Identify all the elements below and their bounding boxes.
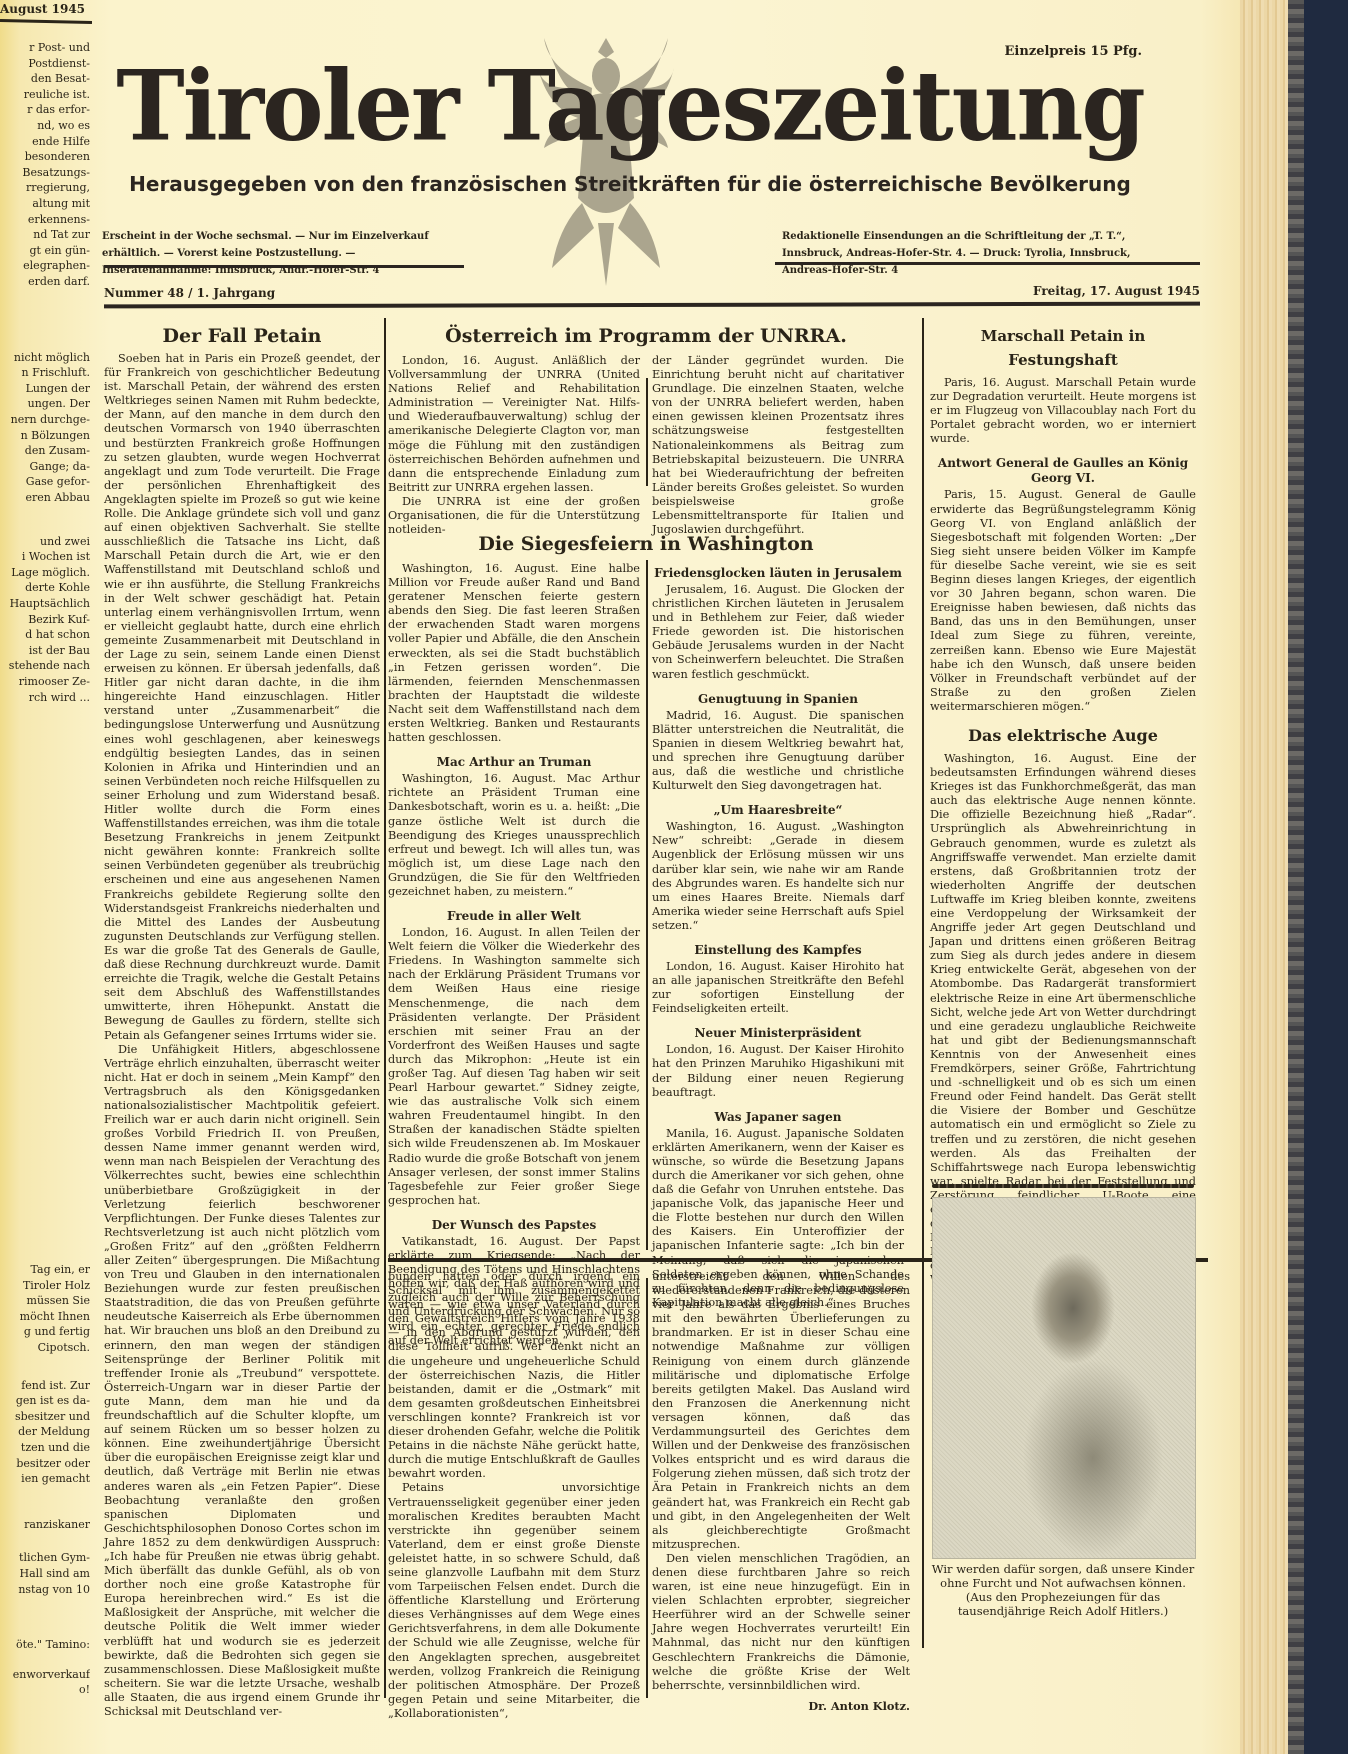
- previous-page-text-fragment: Postdienst-: [0, 56, 90, 71]
- article-fall-petain-continued-1: bunden hatten oder durch irgend ein Schi…: [388, 1270, 640, 1721]
- subheadline: Mac Arthur an Truman: [388, 755, 640, 770]
- previous-page-text-fragment: Tiroler Holz: [0, 1278, 90, 1293]
- previous-page-text-fragment: erden darf.: [0, 274, 90, 289]
- article-paragraph: Paris, 16. August. Marschall Petain wurd…: [930, 376, 1196, 446]
- decorative-wavy-rule: [932, 1184, 1194, 1188]
- publication-info-left: Erscheint in der Woche sechsmal. — Nur i…: [102, 228, 462, 279]
- masthead-rule-left: [104, 265, 464, 268]
- article-fall-petain: Der Fall Petain Soeben hat in Paris ein …: [104, 322, 380, 1719]
- newspaper-subtitle: Herausgegeben von den französischen Stre…: [100, 172, 1160, 196]
- article-siegesfeiern-col2: Friedensglocken läuten in JerusalemJerus…: [652, 556, 904, 1310]
- previous-page-text-fragment: ungen. Der: [0, 396, 90, 411]
- subheadline: Was Japaner sagen: [652, 1110, 904, 1125]
- subheadline: Einstellung des Kampfes: [652, 943, 904, 958]
- previous-page-text-fragment: Gange; da-: [0, 459, 90, 474]
- previous-page-text-fragment: nd, wo es: [0, 118, 90, 133]
- previous-page-text-fragment: i Wochen ist: [0, 549, 90, 564]
- column-divider: [646, 1278, 648, 1698]
- previous-page-text-fragment: den Zusam-: [0, 443, 90, 458]
- article-fall-petain-continued-2: unterstreicht den Willen des wiederersta…: [652, 1270, 910, 1713]
- article-headline-unrra: Österreich im Programm der UNRRA.: [388, 324, 904, 348]
- previous-page-text-fragment: rregierung,: [0, 180, 90, 195]
- previous-page-date: August 1945: [0, 2, 85, 17]
- article-siegesfeiern-col1: Washington, 16. August. Eine halbe Milli…: [388, 562, 640, 1348]
- article-paragraph: Washington, 16. August. Eine halbe Milli…: [388, 562, 640, 745]
- previous-page-text-fragment: o!: [0, 1682, 90, 1697]
- article-paragraph: London, 16. August. Der Kaiser Hirohito …: [652, 1043, 904, 1099]
- previous-page-text-fragment: ende Hilfe: [0, 134, 90, 149]
- previous-page-text-fragment: öte." Tamino:: [0, 1637, 90, 1652]
- article-author: Dr. Anton Klotz.: [652, 1699, 910, 1713]
- article-paragraph: Die UNRRA ist eine der großen Organisati…: [388, 495, 640, 537]
- column-divider: [646, 378, 648, 486]
- previous-page-text-fragment: Gase gefor-: [0, 474, 90, 489]
- previous-page-text-fragment: gt ein gün-: [0, 243, 90, 258]
- previous-page-text-fragment: nern durchge-: [0, 412, 90, 427]
- subheadline: Antwort General de Gaulles an König Geor…: [930, 456, 1196, 486]
- subheadline: Neuer Ministerpräsident: [652, 1026, 904, 1041]
- previous-page-text-fragment: müssen Sie: [0, 1293, 90, 1308]
- previous-page-text-fragment: ist der Bau: [0, 643, 90, 658]
- article-paragraph: Petains unvorsichtige Vertrauensseligkei…: [388, 1481, 640, 1721]
- column-divider: [922, 318, 924, 1648]
- subheadline: Der Wunsch des Papstes: [388, 1218, 640, 1233]
- article-headline: Der Fall Petain: [104, 324, 380, 348]
- article-headline: Marschall Petain in Festungshaft: [930, 324, 1196, 372]
- previous-page-text-fragment: sbesitzer und: [0, 1409, 90, 1424]
- previous-page-text-fragment: nd Tat zur: [0, 227, 90, 242]
- article-paragraph: Madrid, 16. August. Die spanischen Blätt…: [652, 709, 904, 794]
- previous-page-column: August 1945 r Post- undPostdienst-den Be…: [0, 0, 92, 1754]
- article-paragraph: Den vielen menschlichen Tragödien, an de…: [652, 1552, 910, 1693]
- previous-page-rule: [0, 19, 92, 24]
- previous-page-text-fragment: tzen und die: [0, 1440, 90, 1455]
- article-paragraph: unterstreicht den Willen des wiederersta…: [652, 1270, 910, 1552]
- newspaper-title: Tiroler Tageszeitung: [100, 54, 1160, 159]
- article-paragraph: Paris, 15. August. General de Gaulle erw…: [930, 488, 1196, 714]
- previous-page-text-fragment: r das erfor-: [0, 102, 90, 117]
- previous-page-text-fragment: derte Kohle: [0, 580, 90, 595]
- previous-page-text-fragment: d hat schon: [0, 627, 90, 642]
- previous-page-text-fragment: nicht möglich: [0, 350, 90, 365]
- issue-date: Freitag, 17. August 1945: [1033, 284, 1200, 298]
- article-headline-elektrische-auge: Das elektrische Auge: [930, 724, 1196, 748]
- article-headline-siegesfeiern: Die Siegesfeiern in Washington: [388, 532, 904, 556]
- previous-page-text-fragment: n Frischluft.: [0, 365, 90, 380]
- previous-page-text-fragment: rimooser Ze-: [0, 674, 90, 689]
- previous-page-text-fragment: tlichen Gym-: [0, 1550, 90, 1565]
- caption-source: (Aus den Prophezeiungen für das tausendj…: [930, 1590, 1196, 1618]
- previous-page-text-fragment: altung mit: [0, 196, 90, 211]
- book-binding: [1288, 0, 1348, 1754]
- screaming-woman-illustration: [932, 1197, 1196, 1559]
- previous-page-text-fragment: Tag ein, er: [0, 1262, 90, 1277]
- previous-page-text-fragment: Lungen der: [0, 381, 90, 396]
- article-paragraph: Washington, 16. August. „Washington New“…: [652, 820, 904, 933]
- article-paragraph: London, 16. August. Anläßlich der Vollve…: [388, 354, 640, 495]
- previous-page-text-fragment: ranziskaner: [0, 1517, 90, 1532]
- article-unrra-col2: der Länder gegründet wurden. Die Einrich…: [652, 354, 904, 537]
- previous-page-text-fragment: ien gemacht: [0, 1471, 90, 1486]
- subheadline: „Um Haaresbreite“: [652, 803, 904, 818]
- previous-page-text-fragment: rch wird ...: [0, 690, 90, 705]
- previous-page-text-fragment: g und fertig: [0, 1324, 90, 1339]
- previous-page-text-fragment: nstag von 10: [0, 1582, 90, 1597]
- previous-page-text-fragment: Hall sind am: [0, 1566, 90, 1581]
- article-paragraph: Washington, 16. August. Mac Arthur richt…: [388, 772, 640, 899]
- previous-page-text-fragment: der Meldung: [0, 1424, 90, 1439]
- previous-page-text-fragment: Cipotsch.: [0, 1340, 90, 1355]
- previous-page-text-fragment: und zwei: [0, 534, 90, 549]
- previous-page-text-fragment: Hauptsächlich: [0, 596, 90, 611]
- column-divider: [646, 560, 648, 1250]
- issue-number: Nummer 48 / 1. Jahrgang: [104, 286, 275, 300]
- article-paragraph: London, 16. August. In allen Teilen der …: [388, 926, 640, 1208]
- previous-page-text-fragment: n Bölzungen: [0, 428, 90, 443]
- article-paragraph: London, 16. August. Kaiser Hirohito hat …: [652, 960, 904, 1016]
- previous-page-text-fragment: den Besat-: [0, 71, 90, 86]
- article-paragraph: Soeben hat in Paris ein Prozeß geendet, …: [104, 352, 380, 1043]
- previous-page-text-fragment: Lage möglich.: [0, 565, 90, 580]
- subheadline: Friedensglocken läuten in Jerusalem: [652, 566, 904, 581]
- previous-page-text-fragment: Bezirk Kuf-: [0, 612, 90, 627]
- previous-page-text-fragment: besonderen: [0, 149, 90, 164]
- previous-page-text-fragment: Besatzungs-: [0, 165, 90, 180]
- masthead-rule-right: [775, 262, 1200, 265]
- previous-page-text-fragment: elegraphen-: [0, 258, 90, 273]
- column-divider: [384, 318, 386, 1698]
- article-paragraph: bunden hatten oder durch irgend ein Schi…: [388, 1270, 640, 1481]
- page-stack-edge: [1240, 0, 1288, 1754]
- previous-page-text-fragment: möcht Ihnen: [0, 1309, 90, 1324]
- publication-info-right: Redaktionelle Einsendungen an die Schrif…: [782, 228, 1182, 279]
- illustration-caption: Wir werden dafür sorgen, daß unsere Kind…: [930, 1562, 1196, 1618]
- previous-page-text-fragment: besitzer oder: [0, 1456, 90, 1471]
- previous-page-text-fragment: eren Abbau: [0, 490, 90, 505]
- previous-page-text-fragment: stehende nach: [0, 658, 90, 673]
- previous-page-text-fragment: reuliche ist.: [0, 87, 90, 102]
- article-paragraph: Jerusalem, 16. August. Die Glocken der c…: [652, 583, 904, 682]
- article-paragraph: Die Unfähigkeit Hitlers, abgeschlossene …: [104, 1043, 380, 1720]
- subheadline: Genugtuung in Spanien: [652, 692, 904, 707]
- article-festungshaft: Marschall Petain in Festungshaft Paris, …: [930, 322, 1196, 1288]
- caption-text: Wir werden dafür sorgen, daß unsere Kind…: [930, 1562, 1196, 1590]
- previous-page-text-fragment: erkennens-: [0, 212, 90, 227]
- article-unrra-col1: London, 16. August. Anläßlich der Vollve…: [388, 354, 640, 537]
- previous-page-text-fragment: enworverkauf: [0, 1667, 90, 1682]
- previous-page-text-fragment: fend ist. Zur: [0, 1378, 90, 1393]
- article-paragraph: der Länder gegründet wurden. Die Einrich…: [652, 354, 904, 537]
- subheadline: Freude in aller Welt: [388, 909, 640, 924]
- previous-page-text-fragment: gen ist es da-: [0, 1393, 90, 1408]
- previous-page-text-fragment: r Post- und: [0, 40, 90, 55]
